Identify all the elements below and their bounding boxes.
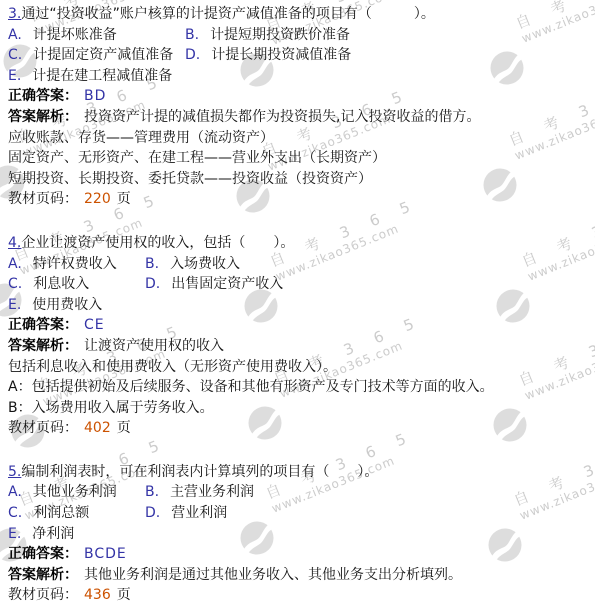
textbook-page-label: 教材页码： — [8, 420, 78, 436]
options-row: A.其他业务利润 B.主营业务利润 — [8, 482, 589, 503]
question-block-5: 5.编制利润表时，可在利润表内计算填列的项目有（ ）。 A.其他业务利润 B.主… — [8, 462, 589, 605]
option-text: 计提短期投资跌价准备 — [210, 27, 350, 43]
options-row: C.利润总额 D.营业利润 — [8, 503, 589, 524]
page-unit: 页 — [117, 420, 131, 436]
option-letter: A. — [8, 27, 22, 43]
question-stem: 5.编制利润表时，可在利润表内计算填列的项目有（ ）。 — [8, 462, 589, 483]
question-number-link[interactable]: 4. — [8, 235, 21, 251]
option-e: E.净利润 — [8, 524, 74, 545]
options-row: E.使用费收入 — [8, 295, 589, 316]
correct-answer-label: 正确答案： — [8, 88, 78, 104]
textbook-page-line: 教材页码：402页 — [8, 418, 589, 439]
option-letter: E. — [8, 526, 21, 542]
option-text: 计提在建工程减值准备 — [32, 68, 172, 84]
analysis-text: 投资资产计提的减值损失都作为投资损失,记入投资收益的借方。 — [84, 109, 480, 125]
analysis-line: A：包括提供初始及后续服务、设备和其他有形资产及专门技术等方面的收入。 — [8, 377, 589, 398]
analysis-line: B：入场费用收入属于劳务收入。 — [8, 398, 589, 419]
correct-answer-line: 正确答案：CE — [8, 315, 589, 336]
page-unit: 页 — [117, 587, 131, 603]
exam-questions-page: 3.通过“投资收益”账户核算的计提资产减值准备的项目有（ ）。 A.计提坏账准备… — [0, 0, 595, 605]
option-a: A.特许权费收入 — [8, 254, 145, 275]
option-text: 净利润 — [32, 526, 74, 542]
option-text: 利息收入 — [33, 276, 89, 292]
options-row: A.计提坏账准备 B.计提短期投资跌价准备 — [8, 25, 589, 46]
textbook-page-number: 436 — [84, 587, 111, 603]
correct-answer-value: BCDE — [84, 546, 127, 562]
options-row: E.净利润 — [8, 524, 589, 545]
analysis-line: 答案解析：其他业务利润是通过其他业务收入、其他业务支出分析填列。 — [8, 565, 589, 586]
textbook-page-number: 402 — [84, 420, 111, 436]
analysis-line: 固定资产、无形资产、在建工程——营业外支出（长期资产） — [8, 148, 589, 169]
option-text: 利润总额 — [33, 505, 89, 521]
option-letter: A. — [8, 256, 22, 272]
question-stem-text: 企业让渡资产使用权的收入，包括（ ）。 — [21, 235, 294, 251]
page-unit: 页 — [117, 191, 131, 207]
option-letter: C. — [8, 47, 22, 63]
correct-answer-value: CE — [84, 317, 105, 333]
analysis-line: 短期投资、长期投资、委托贷款——投资收益（投资资产） — [8, 169, 589, 190]
textbook-page-line: 教材页码：436页 — [8, 585, 589, 605]
option-a: A.其他业务利润 — [8, 482, 145, 503]
option-d: D.营业利润 — [145, 503, 227, 524]
options-row: A.特许权费收入 B.入场费收入 — [8, 254, 589, 275]
analysis-label: 答案解析： — [8, 567, 78, 583]
textbook-page-label: 教材页码： — [8, 191, 78, 207]
option-letter: A. — [8, 484, 22, 500]
correct-answer-label: 正确答案： — [8, 546, 78, 562]
question-stem-text: 通过“投资收益”账户核算的计提资产减值准备的项目有（ ）。 — [21, 6, 435, 22]
option-d: D.出售固定资产收入 — [145, 274, 283, 295]
question-number-link[interactable]: 5. — [8, 464, 21, 480]
option-text: 计提坏账准备 — [33, 27, 117, 43]
option-text: 营业利润 — [171, 505, 227, 521]
options-row: C.计提固定资产减值准备 D.计提长期投资减值准备 — [8, 45, 589, 66]
question-block-3: 3.通过“投资收益”账户核算的计提资产减值准备的项目有（ ）。 A.计提坏账准备… — [8, 4, 589, 210]
textbook-page-number: 220 — [84, 191, 111, 207]
option-d: D.计提长期投资减值准备 — [185, 45, 351, 66]
option-letter: E. — [8, 297, 21, 313]
option-e: E.计提在建工程减值准备 — [8, 66, 172, 87]
option-letter: D. — [185, 47, 200, 63]
option-text: 特许权费收入 — [33, 256, 117, 272]
options-row: C.利息收入 D.出售固定资产收入 — [8, 274, 589, 295]
options-row: E.计提在建工程减值准备 — [8, 66, 589, 87]
option-letter: E. — [8, 68, 21, 84]
option-text: 计提固定资产减值准备 — [33, 47, 173, 63]
analysis-line: 答案解析：让渡资产使用权的收入 — [8, 336, 589, 357]
analysis-label: 答案解析： — [8, 109, 78, 125]
option-a: A.计提坏账准备 — [8, 25, 185, 46]
correct-answer-line: 正确答案：BD — [8, 86, 589, 107]
question-stem-text: 编制利润表时，可在利润表内计算填列的项目有（ ）。 — [21, 464, 378, 480]
analysis-line: 应收账款、存货——管理费用（流动资产） — [8, 128, 589, 149]
option-letter: C. — [8, 276, 22, 292]
analysis-text: 让渡资产使用权的收入 — [84, 338, 224, 354]
option-c: C.计提固定资产减值准备 — [8, 45, 185, 66]
option-e: E.使用费收入 — [8, 295, 102, 316]
option-b: B.主营业务利润 — [145, 482, 254, 503]
option-letter: B. — [145, 256, 159, 272]
correct-answer-value: BD — [84, 88, 106, 104]
option-text: 出售固定资产收入 — [171, 276, 283, 292]
option-letter: D. — [145, 276, 160, 292]
question-block-4: 4.企业让渡资产使用权的收入，包括（ ）。 A.特许权费收入 B.入场费收入 C… — [8, 233, 589, 439]
question-stem: 3.通过“投资收益”账户核算的计提资产减值准备的项目有（ ）。 — [8, 4, 589, 25]
option-b: B.计提短期投资跌价准备 — [185, 25, 350, 46]
option-c: C.利润总额 — [8, 503, 145, 524]
textbook-page-line: 教材页码：220页 — [8, 189, 589, 210]
option-text: 其他业务利润 — [33, 484, 117, 500]
analysis-line: 答案解析：投资资产计提的减值损失都作为投资损失,记入投资收益的借方。 — [8, 107, 589, 128]
option-text: 入场费收入 — [170, 256, 240, 272]
option-letter: B. — [145, 484, 159, 500]
textbook-page-label: 教材页码： — [8, 587, 78, 603]
option-b: B.入场费收入 — [145, 254, 240, 275]
option-letter: C. — [8, 505, 22, 521]
option-letter: D. — [145, 505, 160, 521]
option-letter: B. — [185, 27, 199, 43]
option-text: 使用费收入 — [32, 297, 102, 313]
analysis-label: 答案解析： — [8, 338, 78, 354]
correct-answer-line: 正确答案：BCDE — [8, 544, 589, 565]
correct-answer-label: 正确答案： — [8, 317, 78, 333]
option-text: 计提长期投资减值准备 — [211, 47, 351, 63]
question-number-link[interactable]: 3. — [8, 6, 21, 22]
option-text: 主营业务利润 — [170, 484, 254, 500]
analysis-line: 包括利息收入和使用费收入（无形资产使用费收入）。 — [8, 357, 589, 378]
question-stem: 4.企业让渡资产使用权的收入，包括（ ）。 — [8, 233, 589, 254]
option-c: C.利息收入 — [8, 274, 145, 295]
analysis-text: 其他业务利润是通过其他业务收入、其他业务支出分析填列。 — [84, 567, 462, 583]
